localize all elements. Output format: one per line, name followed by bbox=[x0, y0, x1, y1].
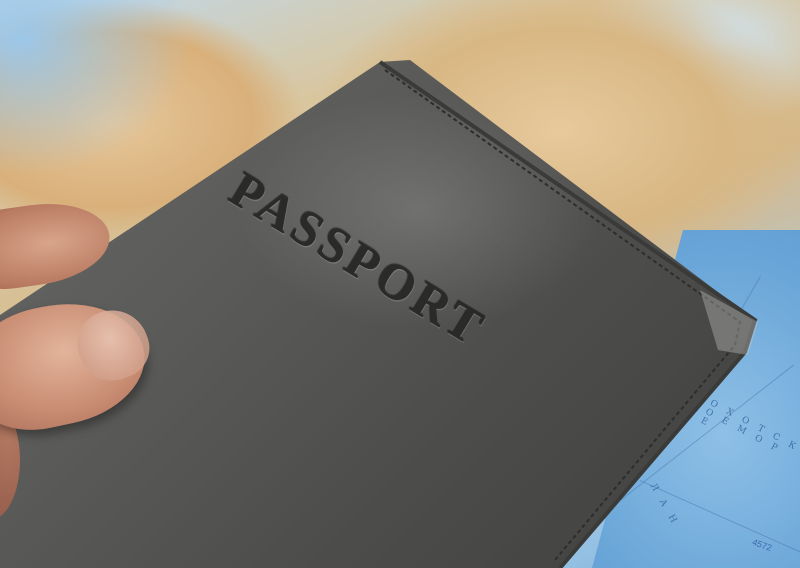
photo-scene: О Х О Т С К О Е М О Р Е Л А Н 4572 PASSP… bbox=[0, 0, 800, 568]
